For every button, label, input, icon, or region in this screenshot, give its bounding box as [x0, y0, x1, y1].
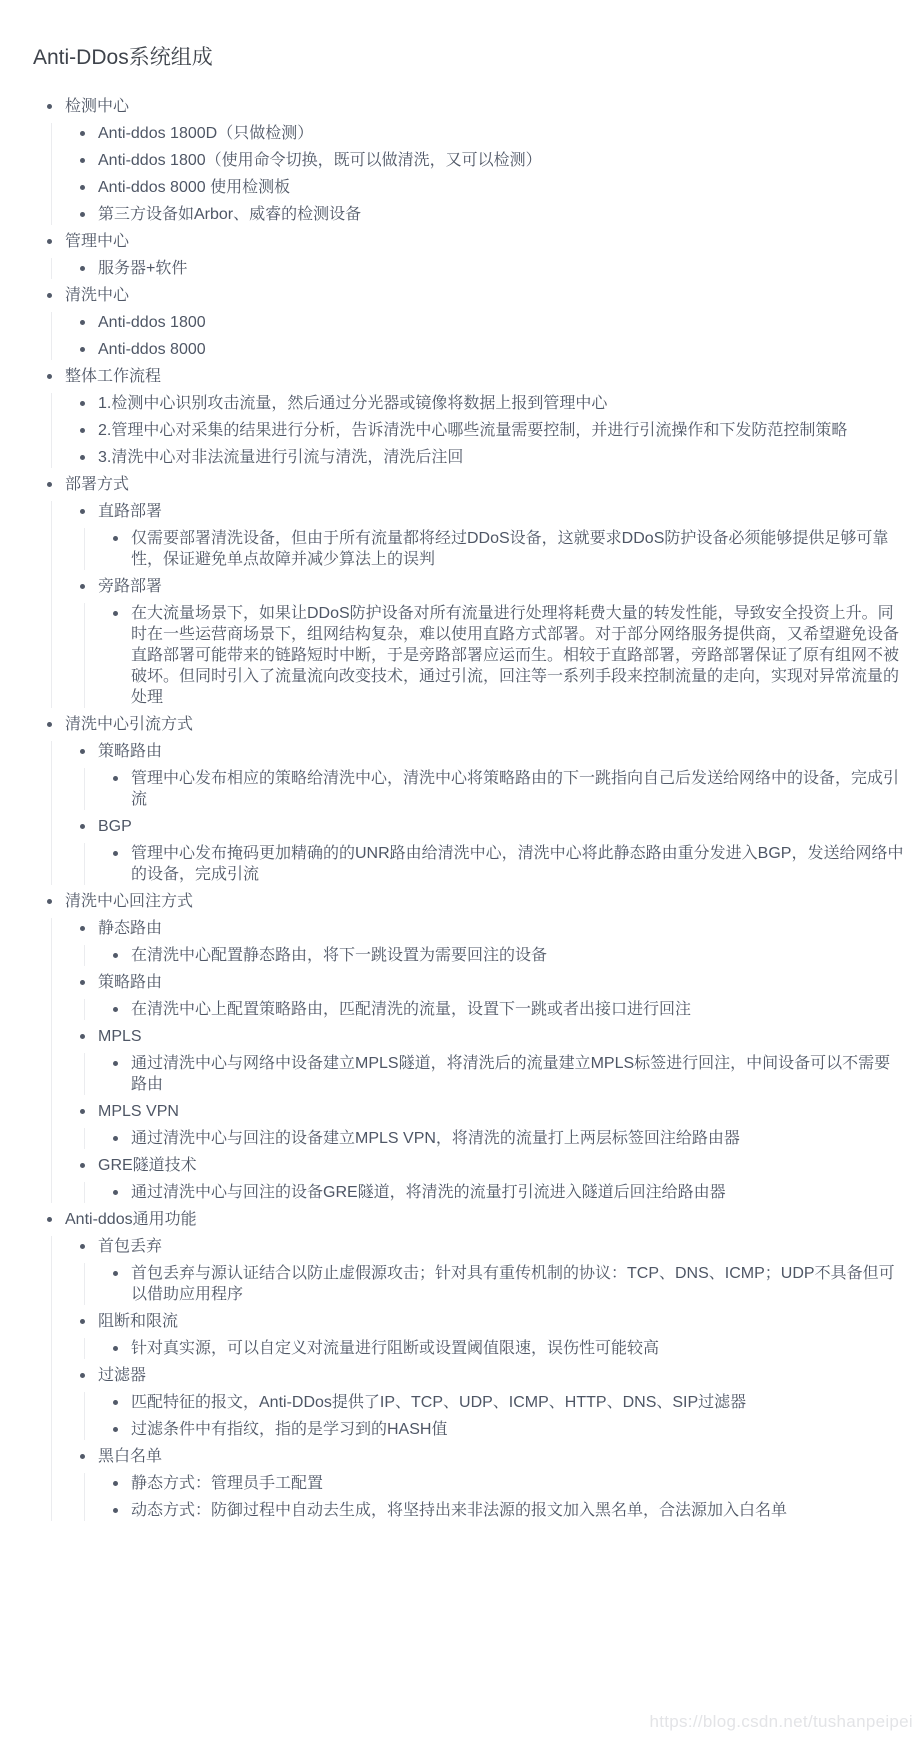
list-item-text: 服务器+软件 [98, 260, 187, 277]
outline-list: 通过清洗中心与网络中设备建立MPLS隧道，将清洗后的流量建立MPLS标签进行回注… [84, 1053, 905, 1095]
outline-list: 策略路由管理中心发布相应的策略给清洗中心，清洗中心将策略路由的下一跳指向自己后发… [51, 741, 905, 885]
list-item: 3.清洗中心对非法流量进行引流与清洗，清洗后注回 [98, 447, 905, 468]
list-item: Anti-ddos 8000 使用检测板 [98, 177, 905, 198]
list-item: 通过清洗中心与回注的设备GRE隧道，将清洗的流量打引流进入隧道后回注给路由器 [131, 1182, 905, 1203]
list-item-text: 直路部署 [98, 503, 162, 520]
list-item-text: 通过清洗中心与网络中设备建立MPLS隧道，将清洗后的流量建立MPLS标签进行回注… [131, 1055, 890, 1093]
list-item: 清洗中心回注方式静态路由在清洗中心配置静态路由，将下一跳设置为需要回注的设备策略… [65, 891, 905, 1203]
page-title: Anti-DDos系统组成 [33, 44, 905, 72]
outline-list: 服务器+软件 [51, 258, 905, 279]
list-item-text: Anti-ddos 8000 使用检测板 [98, 179, 290, 196]
list-item-text: 1.检测中心识别攻击流量，然后通过分光器或镜像将数据上报到管理中心 [98, 395, 607, 412]
list-item-text: 管理中心发布相应的策略给清洗中心，清洗中心将策略路由的下一跳指向自己后发送给网络… [131, 770, 899, 808]
list-item: 阻断和限流针对真实源，可以自定义对流量进行阻断或设置阈值限速，误伤性可能较高 [98, 1311, 905, 1359]
list-item: 管理中心发布掩码更加精确的的UNR路由给清洗中心，清洗中心将此静态路由重分发进入… [131, 843, 905, 885]
list-item: 服务器+软件 [98, 258, 905, 279]
list-item: 仅需要部署清洗设备，但由于所有流量都将经过DDoS设备，这就要求DDoS防护设备… [131, 528, 905, 570]
list-item-text: 首包丢弃与源认证结合以防止虚假源攻击；针对具有重传机制的协议：TCP、DNS、I… [131, 1265, 895, 1303]
list-item-text: 匹配特征的报文，Anti-DDos提供了IP、TCP、UDP、ICMP、HTTP… [131, 1394, 746, 1411]
list-item-text: 过滤器 [98, 1367, 146, 1384]
list-item: BGP管理中心发布掩码更加精确的的UNR路由给清洗中心，清洗中心将此静态路由重分… [98, 816, 905, 885]
list-item-text: GRE隧道技术 [98, 1157, 197, 1174]
list-item-text: 检测中心 [65, 98, 129, 115]
list-item: GRE隧道技术通过清洗中心与回注的设备GRE隧道，将清洗的流量打引流进入隧道后回… [98, 1155, 905, 1203]
outline-list: Anti-ddos 1800D（只做检测）Anti-ddos 1800（使用命令… [51, 123, 905, 225]
outline-list: 通过清洗中心与回注的设备GRE隧道，将清洗的流量打引流进入隧道后回注给路由器 [84, 1182, 905, 1203]
list-item-text: MPLS [98, 1028, 142, 1045]
list-item-text: 在大流量场景下，如果让DDoS防护设备对所有流量进行处理将耗费大量的转发性能，导… [131, 605, 899, 706]
list-item: 黑白名单静态方式：管理员手工配置动态方式：防御过程中自动去生成，将坚持出来非法源… [98, 1446, 905, 1521]
list-item: 策略路由管理中心发布相应的策略给清洗中心，清洗中心将策略路由的下一跳指向自己后发… [98, 741, 905, 810]
list-item: 旁路部署在大流量场景下，如果让DDoS防护设备对所有流量进行处理将耗费大量的转发… [98, 576, 905, 708]
outline-list: 直路部署仅需要部署清洗设备，但由于所有流量都将经过DDoS设备，这就要求DDoS… [51, 501, 905, 708]
outline-list: 管理中心发布掩码更加精确的的UNR路由给清洗中心，清洗中心将此静态路由重分发进入… [84, 843, 905, 885]
list-item: 静态路由在清洗中心配置静态路由，将下一跳设置为需要回注的设备 [98, 918, 905, 966]
list-item: 直路部署仅需要部署清洗设备，但由于所有流量都将经过DDoS设备，这就要求DDoS… [98, 501, 905, 570]
list-item-text: 静态方式：管理员手工配置 [131, 1475, 323, 1492]
list-item: 检测中心Anti-ddos 1800D（只做检测）Anti-ddos 1800（… [65, 96, 905, 225]
list-item-text: 清洗中心 [65, 287, 129, 304]
list-item-text: 管理中心发布掩码更加精确的的UNR路由给清洗中心，清洗中心将此静态路由重分发进入… [131, 845, 903, 883]
outline-list: 检测中心Anti-ddos 1800D（只做检测）Anti-ddos 1800（… [33, 96, 905, 1521]
outline-list: 1.检测中心识别攻击流量，然后通过分光器或镜像将数据上报到管理中心2.管理中心对… [51, 393, 905, 468]
list-item: Anti-ddos 1800（使用命令切换，既可以做清洗，又可以检测） [98, 150, 905, 171]
outline-list: 在清洗中心配置静态路由，将下一跳设置为需要回注的设备 [84, 945, 905, 966]
list-item-text: 动态方式：防御过程中自动去生成，将坚持出来非法源的报文加入黑名单，合法源加入白名… [131, 1502, 787, 1519]
list-item: 在大流量场景下，如果让DDoS防护设备对所有流量进行处理将耗费大量的转发性能，导… [131, 603, 905, 708]
list-item-text: Anti-ddos 1800 [98, 314, 206, 331]
list-item: 过滤条件中有指纹，指的是学习到的HASH值 [131, 1419, 905, 1440]
list-item-text: 仅需要部署清洗设备，但由于所有流量都将经过DDoS设备，这就要求DDoS防护设备… [131, 530, 888, 568]
list-item-text: 清洗中心引流方式 [65, 716, 193, 733]
list-item: 2.管理中心对采集的结果进行分析，告诉清洗中心哪些流量需要控制，并进行引流操作和… [98, 420, 905, 441]
outline-list: Anti-ddos 1800Anti-ddos 8000 [51, 312, 905, 360]
list-item: 首包丢弃与源认证结合以防止虚假源攻击；针对具有重传机制的协议：TCP、DNS、I… [131, 1263, 905, 1305]
list-item: 首包丢弃首包丢弃与源认证结合以防止虚假源攻击；针对具有重传机制的协议：TCP、D… [98, 1236, 905, 1305]
outline-list: 首包丢弃与源认证结合以防止虚假源攻击；针对具有重传机制的协议：TCP、DNS、I… [84, 1263, 905, 1305]
list-item: 针对真实源，可以自定义对流量进行阻断或设置阈值限速，误伤性可能较高 [131, 1338, 905, 1359]
outline-list: 通过清洗中心与回注的设备建立MPLS VPN，将清洗的流量打上两层标签回注给路由… [84, 1128, 905, 1149]
list-item-text: MPLS VPN [98, 1103, 179, 1120]
list-item: 静态方式：管理员手工配置 [131, 1473, 905, 1494]
outline-list: 管理中心发布相应的策略给清洗中心，清洗中心将策略路由的下一跳指向自己后发送给网络… [84, 768, 905, 810]
list-item-text: 3.清洗中心对非法流量进行引流与清洗，清洗后注回 [98, 449, 463, 466]
outline-list: 首包丢弃首包丢弃与源认证结合以防止虚假源攻击；针对具有重传机制的协议：TCP、D… [51, 1236, 905, 1521]
list-item-text: 黑白名单 [98, 1448, 162, 1465]
outline-list: 在清洗中心上配置策略路由，匹配清洗的流量，设置下一跳或者出接口进行回注 [84, 999, 905, 1020]
list-item: 策略路由在清洗中心上配置策略路由，匹配清洗的流量，设置下一跳或者出接口进行回注 [98, 972, 905, 1020]
list-item-text: 旁路部署 [98, 578, 162, 595]
list-item: 通过清洗中心与回注的设备建立MPLS VPN，将清洗的流量打上两层标签回注给路由… [131, 1128, 905, 1149]
outline-list: 匹配特征的报文，Anti-DDos提供了IP、TCP、UDP、ICMP、HTTP… [84, 1392, 905, 1440]
list-item-text: 在清洗中心上配置策略路由，匹配清洗的流量，设置下一跳或者出接口进行回注 [131, 1001, 691, 1018]
list-item-text: 管理中心 [65, 233, 129, 250]
list-item: 过滤器匹配特征的报文，Anti-DDos提供了IP、TCP、UDP、ICMP、H… [98, 1365, 905, 1440]
list-item-text: 2.管理中心对采集的结果进行分析，告诉清洗中心哪些流量需要控制，并进行引流操作和… [98, 422, 847, 439]
list-item-text: 静态路由 [98, 920, 162, 937]
list-item: 在清洗中心上配置策略路由，匹配清洗的流量，设置下一跳或者出接口进行回注 [131, 999, 905, 1020]
list-item-text: 在清洗中心配置静态路由，将下一跳设置为需要回注的设备 [131, 947, 547, 964]
list-item-text: 通过清洗中心与回注的设备建立MPLS VPN，将清洗的流量打上两层标签回注给路由… [131, 1130, 740, 1147]
list-item: 整体工作流程1.检测中心识别攻击流量，然后通过分光器或镜像将数据上报到管理中心2… [65, 366, 905, 468]
list-item: 匹配特征的报文，Anti-DDos提供了IP、TCP、UDP、ICMP、HTTP… [131, 1392, 905, 1413]
list-item-text: Anti-ddos 8000 [98, 341, 206, 358]
list-item: Anti-ddos 1800 [98, 312, 905, 333]
list-item: 部署方式直路部署仅需要部署清洗设备，但由于所有流量都将经过DDoS设备，这就要求… [65, 474, 905, 708]
list-item: 动态方式：防御过程中自动去生成，将坚持出来非法源的报文加入黑名单，合法源加入白名… [131, 1500, 905, 1521]
outline-list: 针对真实源，可以自定义对流量进行阻断或设置阈值限速，误伤性可能较高 [84, 1338, 905, 1359]
list-item: 第三方设备如Arbor、威睿的检测设备 [98, 204, 905, 225]
list-item-text: 过滤条件中有指纹，指的是学习到的HASH值 [131, 1421, 447, 1438]
list-item: MPLS VPN通过清洗中心与回注的设备建立MPLS VPN，将清洗的流量打上两… [98, 1101, 905, 1149]
outline-container: 检测中心Anti-ddos 1800D（只做检测）Anti-ddos 1800（… [33, 96, 905, 1521]
list-item-text: Anti-ddos通用功能 [65, 1211, 197, 1228]
list-item: 在清洗中心配置静态路由，将下一跳设置为需要回注的设备 [131, 945, 905, 966]
outline-list: 在大流量场景下，如果让DDoS防护设备对所有流量进行处理将耗费大量的转发性能，导… [84, 603, 905, 708]
watermark-url: https://blog.csdn.net/tushanpeipei [650, 1712, 914, 1732]
list-item-text: 针对真实源，可以自定义对流量进行阻断或设置阈值限速，误伤性可能较高 [131, 1340, 659, 1357]
list-item: 管理中心发布相应的策略给清洗中心，清洗中心将策略路由的下一跳指向自己后发送给网络… [131, 768, 905, 810]
outline-list: 仅需要部署清洗设备，但由于所有流量都将经过DDoS设备，这就要求DDoS防护设备… [84, 528, 905, 570]
list-item: 通过清洗中心与网络中设备建立MPLS隧道，将清洗后的流量建立MPLS标签进行回注… [131, 1053, 905, 1095]
list-item: Anti-ddos 8000 [98, 339, 905, 360]
list-item: Anti-ddos通用功能首包丢弃首包丢弃与源认证结合以防止虚假源攻击；针对具有… [65, 1209, 905, 1521]
list-item-text: 策略路由 [98, 743, 162, 760]
list-item-text: Anti-ddos 1800D（只做检测） [98, 125, 313, 142]
list-item: 清洗中心引流方式策略路由管理中心发布相应的策略给清洗中心，清洗中心将策略路由的下… [65, 714, 905, 885]
outline-list: 静态方式：管理员手工配置动态方式：防御过程中自动去生成，将坚持出来非法源的报文加… [84, 1473, 905, 1521]
article-page: Anti-DDos系统组成 检测中心Anti-ddos 1800D（只做检测）A… [0, 0, 923, 1748]
list-item-text: 整体工作流程 [65, 368, 161, 385]
list-item-text: 阻断和限流 [98, 1313, 178, 1330]
list-item-text: 策略路由 [98, 974, 162, 991]
list-item-text: 部署方式 [65, 476, 129, 493]
list-item: Anti-ddos 1800D（只做检测） [98, 123, 905, 144]
list-item-text: 清洗中心回注方式 [65, 893, 193, 910]
list-item-text: 通过清洗中心与回注的设备GRE隧道，将清洗的流量打引流进入隧道后回注给路由器 [131, 1184, 726, 1201]
list-item-text: BGP [98, 818, 132, 835]
list-item: 清洗中心Anti-ddos 1800Anti-ddos 8000 [65, 285, 905, 360]
list-item: 管理中心服务器+软件 [65, 231, 905, 279]
list-item-text: 第三方设备如Arbor、威睿的检测设备 [98, 206, 361, 223]
list-item-text: Anti-ddos 1800（使用命令切换，既可以做清洗，又可以检测） [98, 152, 542, 169]
list-item: 1.检测中心识别攻击流量，然后通过分光器或镜像将数据上报到管理中心 [98, 393, 905, 414]
list-item-text: 首包丢弃 [98, 1238, 162, 1255]
outline-list: 静态路由在清洗中心配置静态路由，将下一跳设置为需要回注的设备策略路由在清洗中心上… [51, 918, 905, 1203]
list-item: MPLS通过清洗中心与网络中设备建立MPLS隧道，将清洗后的流量建立MPLS标签… [98, 1026, 905, 1095]
